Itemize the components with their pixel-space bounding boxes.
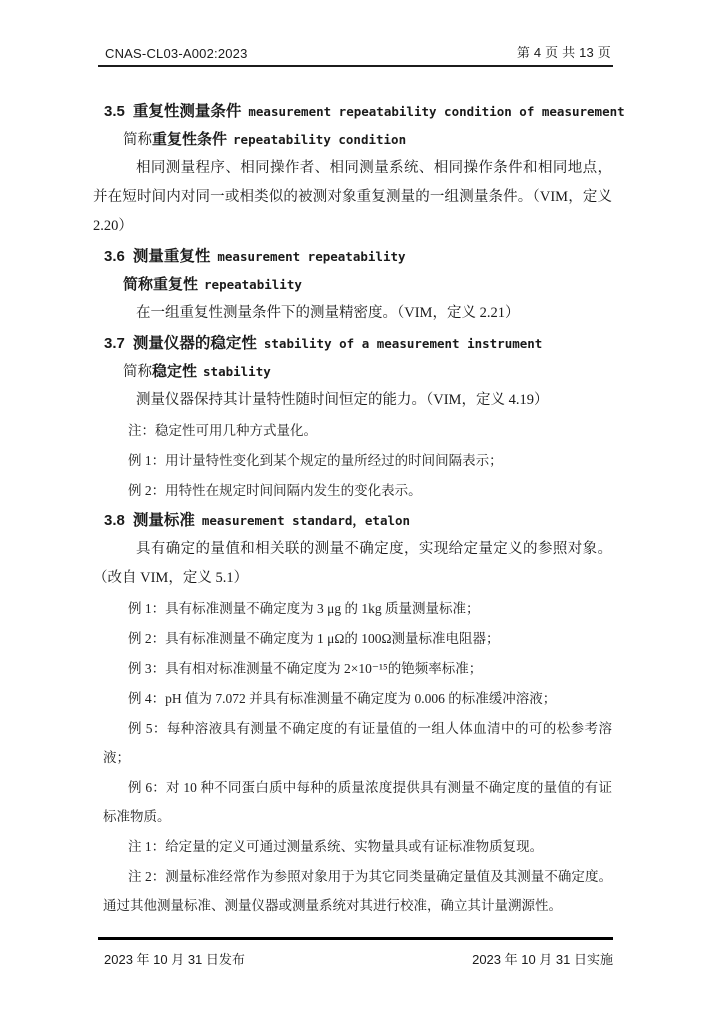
note-line: 注 2：测量标准经常作为参照对象用于为其它同类量确定量值及其测量不确定度。通过其… bbox=[103, 862, 612, 920]
note-line: 注 1：给定量的定义可通过测量系统、实物量具或有证标准物质复现。 bbox=[103, 832, 612, 861]
implement-date: 2023 年 10 月 31 日实施 bbox=[472, 949, 613, 968]
example-line: 例 1：具有标准测量不确定度为 3 μg 的 1kg 质量测量标准； bbox=[103, 594, 612, 623]
alias-prefix: 简称 bbox=[123, 364, 152, 380]
section-3-6: 3.6测量重复性measurement repeatability 简称重复性r… bbox=[93, 243, 612, 328]
note-line: 注：稳定性可用几种方式量化。 bbox=[103, 416, 612, 445]
section-heading: 3.7测量仪器的稳定性stability of a measurement in… bbox=[104, 330, 612, 358]
section-3-5: 3.5重复性测量条件measurement repeatability cond… bbox=[93, 98, 612, 241]
alias-title-en: repeatability bbox=[204, 277, 302, 292]
section-heading: 3.6测量重复性measurement repeatability bbox=[104, 243, 612, 271]
definition-paragraph: 测量仪器保持其计量特性随时间恒定的能力。（VIM，定义 4.19） bbox=[93, 386, 612, 415]
section-title-en: measurement repeatability bbox=[217, 249, 405, 264]
section-3-8: 3.8测量标准measurement standard，etalon 具有确定的… bbox=[93, 507, 612, 920]
section-number: 3.6 bbox=[104, 248, 125, 265]
example-line: 例 2：具有标准测量不确定度为 1 μΩ的 100Ω测量标准电阻器； bbox=[103, 624, 612, 653]
definition-paragraph: 相同测量程序、相同操作者、相同测量系统、相同操作条件和相同地点，并在短时间内对同… bbox=[93, 154, 612, 241]
section-title-en: measurement repeatability condition of m… bbox=[248, 104, 624, 119]
section-title-zh: 测量重复性 bbox=[133, 248, 211, 265]
alias-title-zh: 重复性 bbox=[153, 276, 198, 293]
document-content: 3.5重复性测量条件measurement repeatability cond… bbox=[93, 98, 612, 920]
section-title-en: stability of a measurement instrument bbox=[264, 336, 542, 351]
example-line: 例 2：用特性在规定时间间隔内发生的变化表示。 bbox=[103, 476, 612, 505]
example-line: 例 3：具有相对标准测量不确定度为 2×10⁻¹⁵的铯频率标准； bbox=[103, 654, 612, 683]
section-title-zh: 测量标准 bbox=[133, 512, 195, 529]
section-number: 3.8 bbox=[104, 512, 125, 529]
section-number: 3.5 bbox=[104, 103, 125, 120]
example-line: 例 5：每种溶液具有测量不确定度的有证量值的一组人体血清中的可的松参考溶液； bbox=[103, 714, 612, 772]
section-title-zh: 重复性测量条件 bbox=[133, 103, 242, 120]
alias-prefix: 简称 bbox=[123, 132, 152, 148]
page-info: 第 4 页 共 13 页 bbox=[517, 42, 611, 61]
example-line: 例 4：pH 值为 7.072 并具有标准测量不确定度为 0.006 的标准缓冲… bbox=[103, 684, 612, 713]
definition-paragraph: 在一组重复性测量条件下的测量精密度。（VIM，定义 2.21） bbox=[93, 299, 612, 328]
alias-title-en: stability bbox=[203, 364, 271, 379]
section-3-7: 3.7测量仪器的稳定性stability of a measurement in… bbox=[93, 330, 612, 505]
section-number: 3.7 bbox=[104, 335, 125, 352]
section-heading: 3.5重复性测量条件measurement repeatability cond… bbox=[104, 98, 612, 126]
alias-line: 简称重复性repeatability bbox=[123, 271, 612, 299]
page-footer: 2023 年 10 月 31 日发布 2023 年 10 月 31 日实施 bbox=[98, 937, 613, 968]
alias-line: 简称稳定性stability bbox=[123, 358, 612, 386]
section-heading: 3.8测量标准measurement standard，etalon bbox=[104, 507, 612, 535]
alias-title-zh: 稳定性 bbox=[152, 363, 197, 380]
section-title-zh: 测量仪器的稳定性 bbox=[133, 335, 257, 352]
definition-paragraph: 具有确定的量值和相关联的测量不确定度，实现给定量定义的参照对象。（改自 VIM，… bbox=[93, 535, 612, 593]
page-header: CNAS-CL03-A002:2023 第 4 页 共 13 页 bbox=[98, 0, 613, 67]
alias-title-en: repeatability condition bbox=[233, 132, 406, 147]
example-line: 例 6：对 10 种不同蛋白质中每种的质量浓度提供具有测量不确定度的量值的有证标… bbox=[103, 773, 612, 831]
release-date: 2023 年 10 月 31 日发布 bbox=[98, 949, 245, 968]
alias-title-zh: 重复性条件 bbox=[152, 131, 227, 148]
alias-line: 简称重复性条件repeatability condition bbox=[123, 126, 612, 154]
example-line: 例 1：用计量特性变化到某个规定的量所经过的时间间隔表示； bbox=[103, 446, 612, 475]
doc-code: CNAS-CL03-A002:2023 bbox=[105, 46, 248, 61]
alias-prefix: 简称 bbox=[123, 276, 153, 293]
section-title-en: measurement standard，etalon bbox=[202, 513, 410, 528]
document-page: CNAS-CL03-A002:2023 第 4 页 共 13 页 3.5重复性测… bbox=[0, 0, 720, 1018]
